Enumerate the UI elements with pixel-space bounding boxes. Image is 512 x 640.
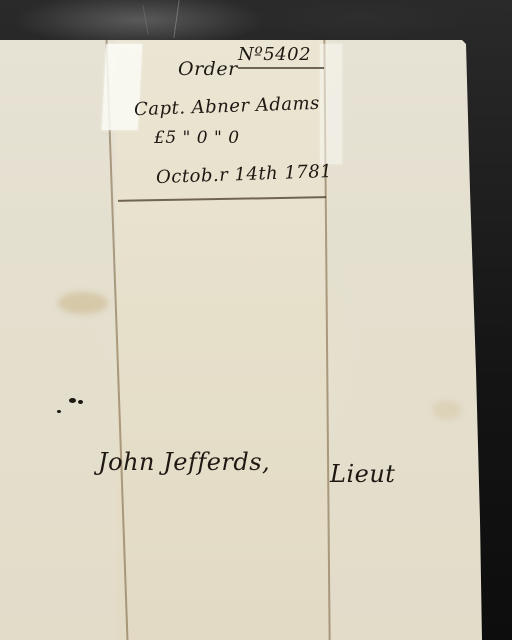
docket-amount: £5 " 0 " 0 <box>154 128 240 148</box>
paper-stain <box>58 292 108 314</box>
docket-type: Order <box>178 58 238 80</box>
signature-rank: Lieut <box>330 460 395 488</box>
paper-stain <box>432 400 462 420</box>
signature-name: John Jefferds, <box>98 448 270 476</box>
ink-blot <box>69 398 76 403</box>
docket-number-underline <box>238 67 324 69</box>
tape-strip-right <box>320 44 342 164</box>
ink-blot <box>78 400 83 404</box>
ink-blot <box>57 410 61 413</box>
docket-number: Nº5402 <box>238 44 311 65</box>
